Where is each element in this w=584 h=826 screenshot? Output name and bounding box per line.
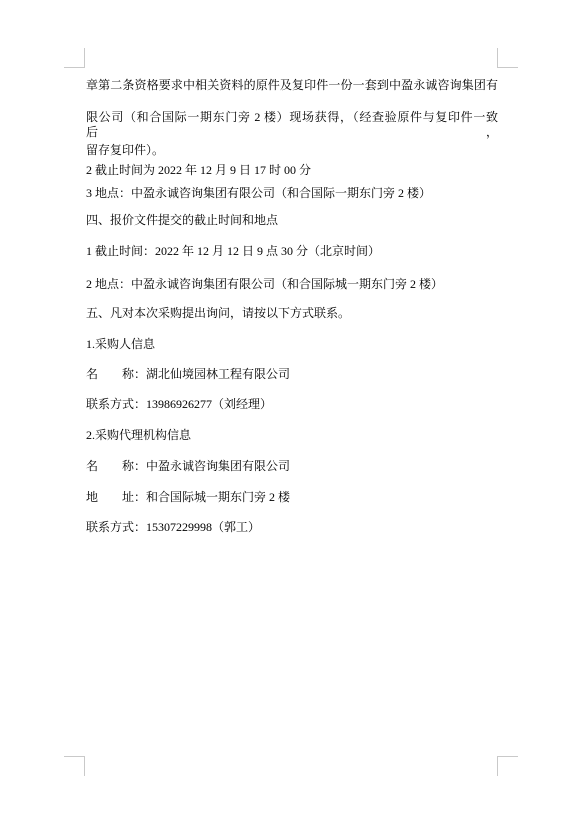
- doc-line-agency-address: 地 址：和合国际城一期东门旁 2 楼: [86, 490, 498, 505]
- doc-line-deadline-time: 2 截止时间为 2022 年 12 月 9 日 17 时 00 分: [86, 163, 498, 178]
- doc-line-paragraph-1: 章第二条资格要求中相关资料的原件及复印件一份一套到中盈永诚咨询集团有: [86, 78, 498, 93]
- page-margin-mark-top-right: [497, 48, 518, 68]
- doc-line-paragraph-3: 留存复印件）。: [86, 143, 498, 158]
- doc-line-agency-contact: 联系方式：15307229998（郭工）: [86, 520, 498, 535]
- page-margin-mark-top-left: [64, 48, 85, 68]
- page-margin-mark-bottom-left: [64, 756, 85, 776]
- doc-line-submission-location: 2 地点：中盈永诚咨询集团有限公司（和合国际城一期东门旁 2 楼）: [86, 277, 498, 292]
- page-margin-mark-bottom-right: [497, 756, 518, 776]
- doc-line-agency-name: 名 称：中盈永诚咨询集团有限公司: [86, 459, 498, 474]
- section-heading-four: 四、报价文件提交的截止时间和地点: [86, 213, 498, 228]
- doc-line-paragraph-2: 限公司（和合国际一期东门旁 2 楼）现场获得，（经查验原件与复印件一致后，: [86, 110, 498, 140]
- doc-line-purchaser-contact: 联系方式：13986926277（刘经理）: [86, 397, 498, 412]
- document-page: 章第二条资格要求中相关资料的原件及复印件一份一套到中盈永诚咨询集团有 限公司（和…: [0, 0, 584, 826]
- subheading-purchaser-info: 1.采购人信息: [86, 337, 498, 352]
- doc-line-location: 3 地点：中盈永诚咨询集团有限公司（和合国际一期东门旁 2 楼）: [86, 186, 498, 201]
- section-heading-five: 五、凡对本次采购提出询问，请按以下方式联系。: [86, 306, 498, 321]
- subheading-agency-info: 2.采购代理机构信息: [86, 428, 498, 443]
- doc-line-purchaser-name: 名 称：湖北仙境园林工程有限公司: [86, 367, 498, 382]
- doc-line-submission-deadline: 1 截止时间：2022 年 12 月 12 日 9 点 30 分（北京时间）: [86, 244, 498, 259]
